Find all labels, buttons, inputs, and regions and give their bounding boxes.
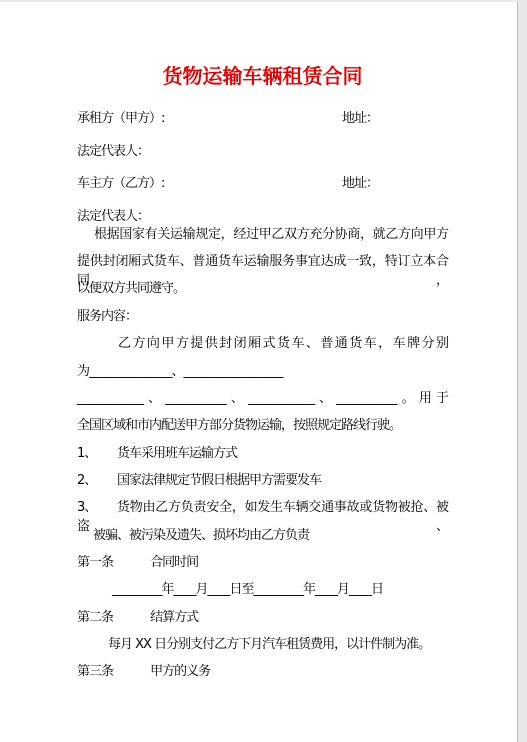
service-line-1: 乙方向甲方提供封闭厢式货车、普通货车，车牌分别 <box>77 334 448 353</box>
article-3-title: 甲方的义务 <box>116 664 210 679</box>
list-item-1: 1、 货车采用班车运输方式 <box>77 444 448 463</box>
article-1-heading: 第一条 合同时间 <box>77 553 448 572</box>
article-1-title: 合同时间 <box>116 555 198 570</box>
legal-rep-1-label: 法定代表人： <box>77 144 149 159</box>
item-3-number: 3、 <box>77 498 96 517</box>
article-1-label: 第一条 <box>77 555 113 570</box>
article-2-label: 第二条 <box>77 610 113 625</box>
article-2-title: 结算方式 <box>116 610 198 625</box>
lessee-label: 承租方（甲方）: <box>77 111 164 126</box>
article-2-heading: 第二条 结算方式 <box>77 608 448 627</box>
intro-line-3: 以便双方共同遵守。 <box>77 279 448 298</box>
party-line-owner: 车主方（乙方）: 地址： <box>77 174 448 193</box>
item-2-number: 2、 <box>77 471 96 490</box>
item-2-text: 国家法律规定节假日根据甲方需要发车 <box>77 473 321 488</box>
service-line-2-blanks: 为_______________、__________________ <box>77 362 448 381</box>
document-page: 货物运输车辆租赁合同 承租方（甲方）: 地址： 法定代表人： 车主方（乙方）: … <box>0 2 518 742</box>
list-item-2: 2、 国家法律规定节假日根据甲方需要发车 <box>77 471 448 490</box>
lessee-address-label: 地址： <box>342 109 378 128</box>
service-heading: 服务内容： <box>77 307 448 326</box>
legal-rep-2-label: 法定代表人： <box>77 209 149 224</box>
intro-line-1: 根据国家有关运输规定，经过甲乙双方充分协商，就乙方向甲方 <box>77 225 448 244</box>
owner-address-label: 地址： <box>342 174 378 193</box>
item-3-text-line-2: 被骗、被污染及遗失、损坏均由乙方负责 <box>77 526 448 545</box>
item-1-text: 货车采用班车运输方式 <box>77 446 237 461</box>
item-1-number: 1、 <box>77 444 96 463</box>
party-line-lessee: 承租方（甲方）: 地址： <box>77 109 448 128</box>
service-line-3-blanks: ____________、___________、____________、__… <box>77 389 448 408</box>
service-line-4: 全国区域和市内配送甲方部分货物运输，按照规定路线行驶。 <box>77 416 448 435</box>
article-3-label: 第三条 <box>77 664 113 679</box>
contract-date-blanks: _________年____月____日至_________年____月____… <box>77 580 448 599</box>
app-canvas: { "colors": { "title": "#e60000", "canva… <box>0 0 527 742</box>
doc-title: 货物运输车辆租赁合同 <box>77 63 448 90</box>
settlement-text: 每月 XX 日分别支付乙方下月汽车租赁费用，以计件制为准。 <box>77 635 448 654</box>
owner-label: 车主方（乙方）: <box>77 176 164 191</box>
party-line-legal-rep-1: 法定代表人： <box>77 142 448 161</box>
article-3-heading: 第三条 甲方的义务 <box>77 662 448 681</box>
party-line-legal-rep-2: 法定代表人： <box>77 207 448 226</box>
